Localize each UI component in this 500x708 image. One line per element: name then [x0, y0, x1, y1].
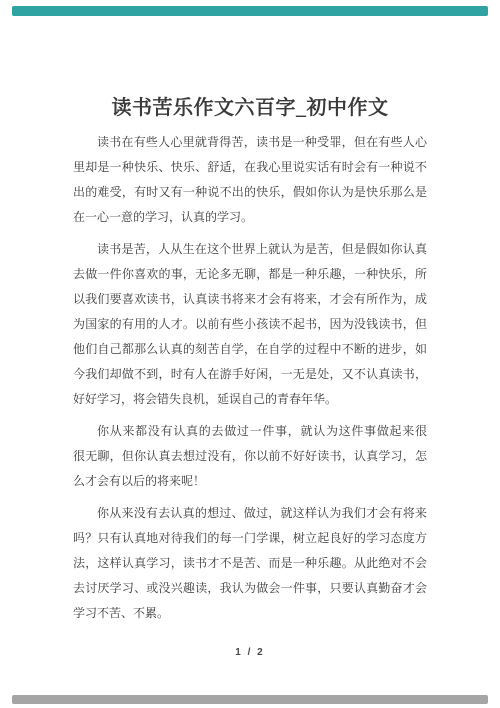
- text-line: 读书是苦，人从生在这个世界上就认为是苦，但是假如你认真: [73, 237, 427, 262]
- paragraph: 你从来没有去认真的想过、做过，就这样认为我们才会有将来吗？只有认真地对待我们的每…: [73, 501, 427, 626]
- page-indicator: 1 / 2: [73, 647, 427, 658]
- text-line: 他们自己都那么认真的刻苦自学，在自学的过程中不断的进步，如: [73, 337, 427, 362]
- text-line: 在一心一意的学习，认真的学习。: [73, 205, 427, 230]
- text-line: 为国家的有用的人才。以前有些小孩读不起书，因为没钱读书，但: [73, 312, 427, 337]
- essay-body: 读书在有些人心里就背得苦，读书是一种受罪，但在有些人心里却是一种快乐、快乐、舒适…: [73, 130, 427, 626]
- text-line: 好好学习，将会错失良机，延误自己的青春年华。: [73, 387, 427, 412]
- text-line: 读书在有些人心里就背得苦，读书是一种受罪，但在有些人心: [73, 130, 427, 155]
- text-line: 去讨厌学习、或没兴趣读，我认为做会一件事，只要认真勤奋才会: [73, 576, 427, 601]
- text-line: 法，这样认真学习，读书才不是苦、而是一种乐趣。从此绝对不会: [73, 551, 427, 576]
- paragraph: 读书是苦，人从生在这个世界上就认为是苦，但是假如你认真去做一件你喜欢的事，无论多…: [73, 237, 427, 412]
- text-line: 你从来没有去认真的想过、做过，就这样认为我们才会有将来: [73, 501, 427, 526]
- document-page: 读书苦乐作文六百字_初中作文 读书在有些人心里就背得苦，读书是一种受罪，但在有些…: [73, 96, 427, 658]
- text-line: 出的难受，有时又有一种说不出的快乐，假如你认为是快乐那么是: [73, 180, 427, 205]
- text-line: 去做一件你喜欢的事，无论多无聊，都是一种乐趣，一种快乐，所: [73, 262, 427, 287]
- text-line: 学习不苦、不累。: [73, 601, 427, 626]
- paragraph: 读书在有些人心里就背得苦，读书是一种受罪，但在有些人心里却是一种快乐、快乐、舒适…: [73, 130, 427, 230]
- text-line: 么才会有以后的将来呢！: [73, 469, 427, 494]
- essay-title: 读书苦乐作文六百字_初中作文: [73, 96, 427, 120]
- text-line: 很无聊，但你认真去想过没有，你以前不好好读书，认真学习，怎: [73, 444, 427, 469]
- text-line: 今我们却做不到，时有人在游手好闲，一无是处，又不认真读书，: [73, 362, 427, 387]
- top-separator-bar: [12, 6, 488, 16]
- text-line: 里却是一种快乐、快乐、舒适，在我心里说实话有时会有一种说不: [73, 155, 427, 180]
- paragraph: 你从来都没有认真的去做过一件事，就认为这件事做起来很苦、很无聊，但你认真去想过没…: [73, 419, 427, 494]
- bottom-separator-bar: [12, 695, 488, 704]
- text-line: 吗？只有认真地对待我们的每一门学课，树立起良好的学习态度方: [73, 526, 427, 551]
- text-line: 以我们要喜欢读书，认真读书将来才会有将来，才会有所作为，成: [73, 287, 427, 312]
- text-line: 你从来都没有认真的去做过一件事，就认为这件事做起来很苦、: [73, 419, 427, 444]
